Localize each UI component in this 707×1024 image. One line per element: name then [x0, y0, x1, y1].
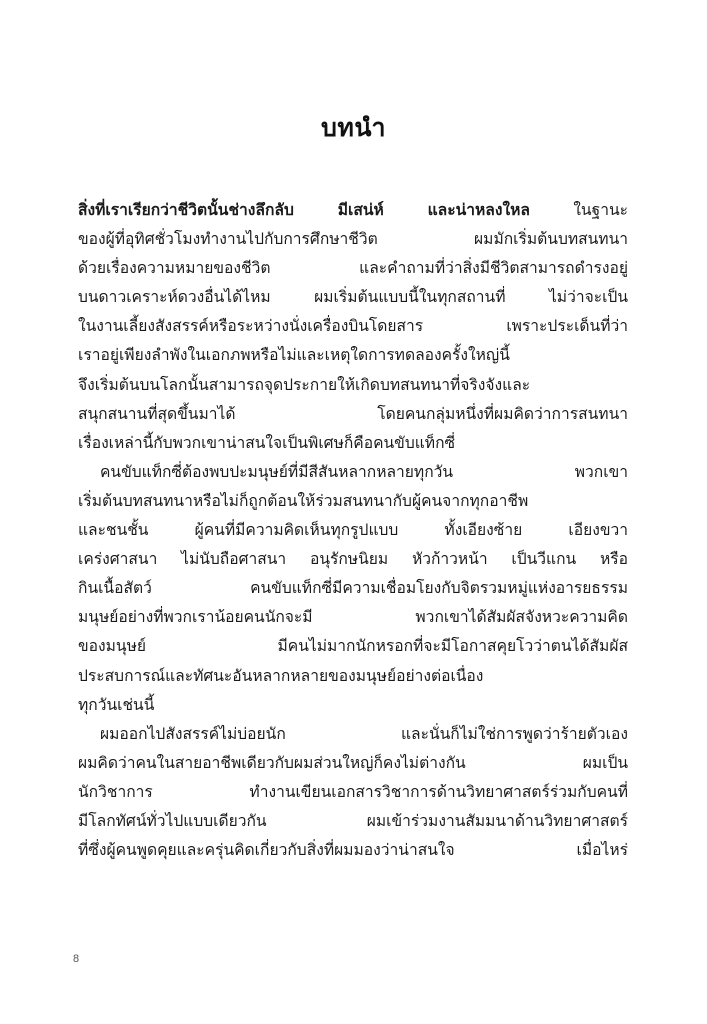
text-line: คนขับแท็กซี่ต้องพบปะมนุษย์ที่มีสีสันหลาก… — [78, 458, 628, 487]
text-line: ที่ซึ่งผู้คนพูดคุยและครุ่นคิดเกี่ยวกับสิ… — [78, 836, 628, 865]
text-line: เรื่องเหล่านี้กับพวกเขาน่าสนใจเป็นพิเศษก… — [78, 429, 628, 458]
text-line: เราอยู่เพียงลำพังในเอกภพหรือไม่และเหตุใด… — [78, 341, 628, 370]
text-line: และชนชั้น ผู้คนที่มีความคิดเห็นทุกรูปแบบ… — [78, 516, 628, 545]
text-line: มีโลกทัศน์ทั่วไปแบบเดียวกัน ผมเข้าร่วมงา… — [78, 807, 628, 836]
text-line: ประสบการณ์และทัศนะอันหลากหลายของมนุษย์อย… — [78, 662, 628, 691]
text-line: มนุษย์อย่างที่พวกเราน้อยคนนักจะมี พวกเขา… — [78, 603, 628, 632]
body-text: สิ่งที่เราเรียกว่าชีวิตนั้นช่างลึกลับ มี… — [78, 196, 628, 865]
text-line: ผมออกไปสังสรรค์ไม่บ่อยนัก และนั่นก็ไม่ใช… — [78, 720, 628, 749]
text-line: เคร่งศาสนา ไม่นับถือศาสนา อนุรักษนิยม หั… — [78, 545, 628, 574]
text-line: ทุกวันเช่นนี้ — [78, 691, 628, 720]
text-line: สิ่งที่เราเรียกว่าชีวิตนั้นช่างลึกลับ มี… — [78, 196, 628, 225]
text-line: จึงเริ่มต้นบนโลกนั้นสามารถจุดประกายให้เก… — [78, 371, 628, 400]
bold-lead-sentence: สิ่งที่เราเรียกว่าชีวิตนั้นช่างลึกลับ มี… — [78, 201, 530, 219]
text-line: ของผู้ที่อุทิศชั่วโมงทำงานไปกับการศึกษาช… — [78, 225, 628, 254]
text-line: ของมนุษย์ มีคนไม่มากนักหรอกที่จะมีโอกาสค… — [78, 632, 628, 661]
text-line: ด้วยเรื่องความหมายของชีวิต และคำถามที่ว่… — [78, 254, 628, 283]
paragraph-2: คนขับแท็กซี่ต้องพบปะมนุษย์ที่มีสีสันหลาก… — [78, 458, 628, 720]
text-line: เริ่มต้นบทสนทนาหรือไม่ก็ถูกต้อนให้ร่วมสน… — [78, 487, 628, 516]
text-line: ผมคิดว่าคนในสายอาชีพเดียวกับผมส่วนใหญ่ก็… — [78, 749, 628, 778]
paragraph-3: ผมออกไปสังสรรค์ไม่บ่อยนัก และนั่นก็ไม่ใช… — [78, 720, 628, 865]
text-line: บนดาวเคราะห์ดวงอื่นได้ไหม ผมเริ่มต้นแบบน… — [78, 283, 628, 312]
text-line: นักวิชาการ ทำงานเขียนเอกสารวิชาการด้านวิ… — [78, 778, 628, 807]
text-line: สนุกสนานที่สุดขึ้นมาได้ โดยคนกลุ่มหนึ่งท… — [78, 400, 628, 429]
page-title: บทนำ — [0, 108, 707, 148]
page-number: 8 — [73, 953, 79, 965]
text-line: กินเนื้อสัตว์ คนขับแท็กซี่มีความเชื่อมโย… — [78, 574, 628, 603]
paragraph-1: สิ่งที่เราเรียกว่าชีวิตนั้นช่างลึกลับ มี… — [78, 196, 628, 458]
text-line: ในงานเลี้ยงสังสรรค์หรือระหว่างนั่งเครื่อ… — [78, 312, 628, 341]
